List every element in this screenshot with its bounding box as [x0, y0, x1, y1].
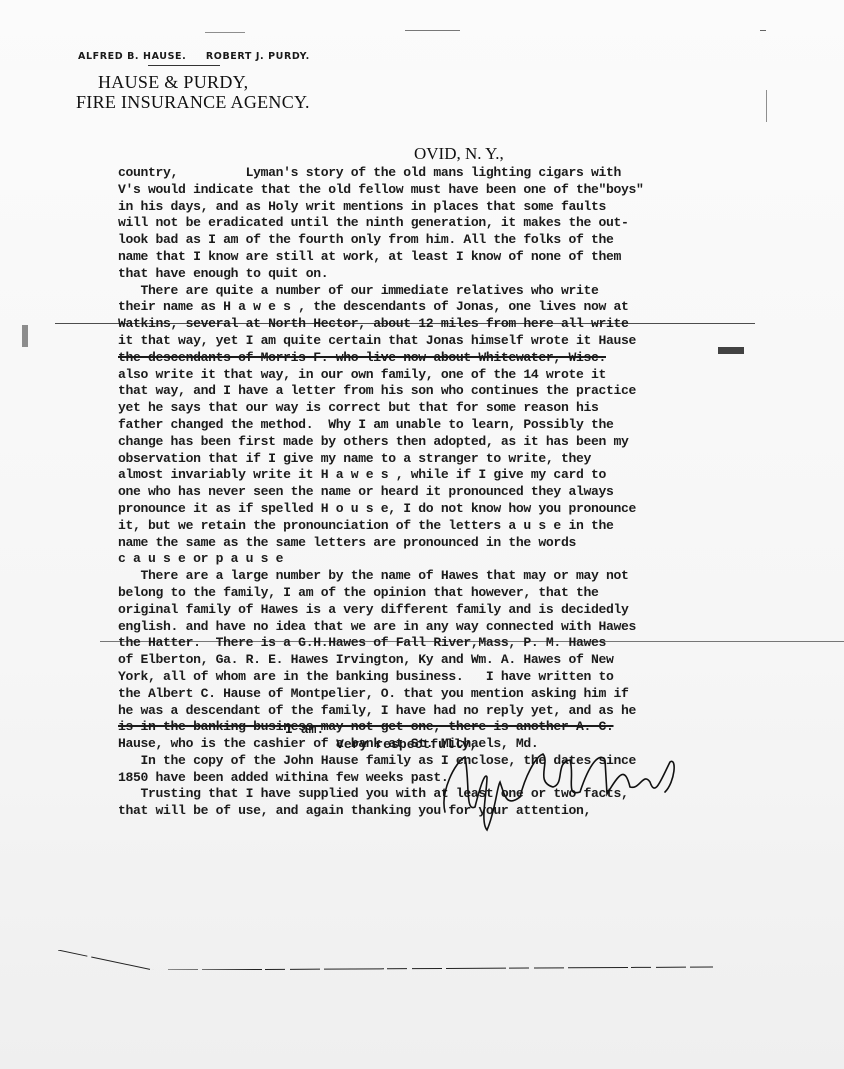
body-line: he was a descendant of the family, I hav…	[118, 703, 758, 720]
body-line: that have enough to quit on.	[118, 266, 758, 283]
body-line: York, all of whom are in the banking bus…	[118, 669, 758, 686]
body-line: that way, and I have a letter from his s…	[118, 383, 758, 400]
body-line: Watkins, several at North Hector, about …	[118, 316, 758, 333]
body-line: it, but we retain the pronounciation of …	[118, 518, 758, 535]
body-line: also write it that way, in our own famil…	[118, 367, 758, 384]
body-line: country, Lyman's story of the old mans l…	[118, 165, 758, 182]
letter-place-line: OVID, N. Y.,	[414, 144, 504, 164]
body-line: father changed the method. Why I am unab…	[118, 417, 758, 434]
body-line: the descendants of Morris F. who live no…	[118, 350, 758, 367]
body-line: in his days, and as Holy writ mentions i…	[118, 199, 758, 216]
bottom-scan-line	[58, 950, 758, 970]
body-line: almost invariably write it H a w e s , w…	[118, 467, 758, 484]
letter-body: country, Lyman's story of the old mans l…	[118, 165, 758, 820]
body-line: will not be eradicated until the ninth g…	[118, 215, 758, 232]
body-line: look bad as I am of the fourth only from…	[118, 232, 758, 249]
body-line: pronounce it as if spelled H o u s e, I …	[118, 501, 758, 518]
body-line: change has been first made by others the…	[118, 434, 758, 451]
body-line: V's would indicate that the old fellow m…	[118, 182, 758, 199]
closing-i-am: I am.	[285, 722, 324, 737]
body-line: english. and have no idea that we are in…	[118, 619, 758, 636]
letterhead-divider	[148, 65, 220, 66]
body-line: name the same as the same letters are pr…	[118, 535, 758, 552]
body-line: the Hatter. There is a G.H.Hawes of Fall…	[118, 635, 758, 652]
scan-mark	[405, 30, 460, 31]
scan-mark	[766, 90, 767, 122]
body-line: is in the banking business may not get o…	[118, 719, 758, 736]
body-line: observation that if I give my name to a …	[118, 451, 758, 468]
body-line: it that way, yet I am quite certain that…	[118, 333, 758, 350]
body-line: of Elberton, Ga. R. E. Hawes Irvington, …	[118, 652, 758, 669]
body-line: yet he says that our way is correct but …	[118, 400, 758, 417]
scan-mark	[760, 30, 766, 31]
body-line: original family of Hawes is a very diffe…	[118, 602, 758, 619]
body-line: There are quite a number of our immediat…	[118, 283, 758, 300]
body-line: name that I know are still at work, at l…	[118, 249, 758, 266]
body-line: one who has never seen the name or heard…	[118, 484, 758, 501]
body-line: belong to the family, I am of the opinio…	[118, 585, 758, 602]
letterhead-firm-name: HAUSE & PURDY,	[98, 72, 248, 93]
scan-mark	[205, 32, 245, 33]
body-line: There are a large number by the name of …	[118, 568, 758, 585]
letterhead-partners: ALFRED B. HAUSE. ROBERT J. PURDY.	[78, 51, 310, 62]
signature	[425, 742, 695, 832]
letterhead-agency: FIRE INSURANCE AGENCY.	[76, 92, 310, 113]
body-line: their name as H a w e s , the descendant…	[118, 299, 758, 316]
body-line: the Albert C. Hause of Montpelier, O. th…	[118, 686, 758, 703]
scan-mark	[22, 325, 28, 347]
body-line: c a u s e or p a u s e	[118, 551, 758, 568]
